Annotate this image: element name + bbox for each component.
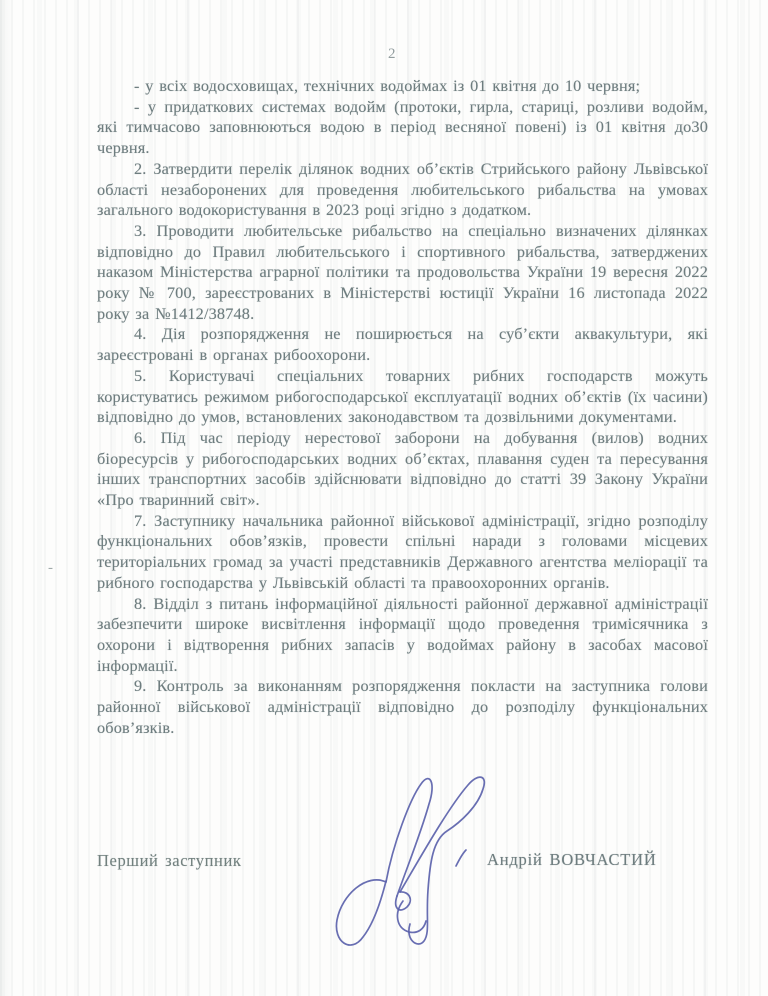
signatory-title: Перший заступник: [97, 851, 242, 871]
paragraph: - у всіх водосховищах, технічних водойма…: [97, 76, 708, 97]
paragraph: 2. Затвердити перелік ділянок водних об’…: [97, 159, 708, 221]
margin-dash-mark: -: [48, 560, 53, 577]
scanned-document-page: 2 - у всіх водосховищах, технічних водой…: [0, 0, 768, 996]
paragraph: 5. Користувачі спеціальних товарних рибн…: [97, 366, 708, 428]
page-number: 2: [388, 46, 397, 63]
paragraph: 8. Відділ з питань інформаційної діяльно…: [97, 594, 708, 677]
paragraph: 3. Проводити любительське рибальство на …: [97, 221, 708, 325]
paragraph: 6. Під час періоду нерестової заборони н…: [97, 428, 708, 511]
document-body: - у всіх водосховищах, технічних водойма…: [97, 76, 708, 739]
paragraph: 7. Заступнику начальника районної військ…: [97, 511, 708, 594]
paragraph: - у придаткових системах водойм (протоки…: [97, 97, 708, 159]
paragraph: 4. Дія розпорядження не поширюється на с…: [97, 324, 708, 365]
paragraph: 9. Контроль за виконанням розпорядження …: [97, 676, 708, 738]
signatory-name: Андрій ВОВЧАСТИЙ: [487, 850, 657, 870]
handwritten-signature: [330, 770, 502, 956]
